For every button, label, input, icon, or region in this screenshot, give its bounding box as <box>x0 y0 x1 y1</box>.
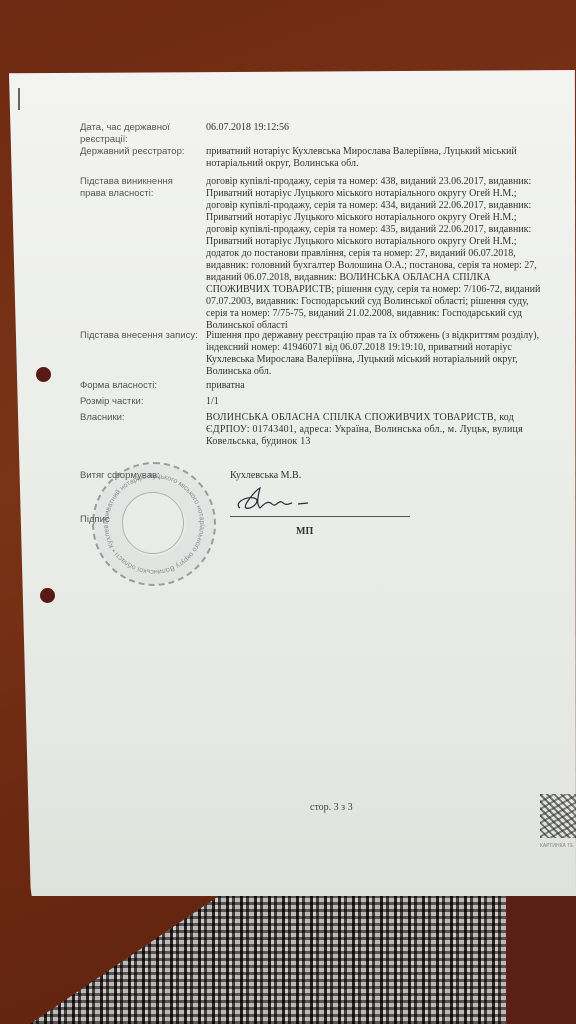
field-label: Підстава внесення запису: <box>80 330 200 342</box>
field-value: ВОЛИНСЬКА ОБЛАСНА СПІЛКА СПОЖИВЧИХ ТОВАР… <box>206 412 546 448</box>
page-number: стор. 3 з 3 <box>310 802 353 814</box>
field-label: Підстава виникнення права власності: <box>80 176 200 200</box>
qr-caption: КАРТИНКА ТЕ <box>540 840 574 852</box>
handwritten-signature-icon <box>232 486 322 516</box>
field-value: приватна <box>206 380 546 392</box>
notary-seal: Приватний нотаріус Луцького міського нот… <box>92 462 216 586</box>
field-value: 06.07.2018 19:12:56 <box>206 122 546 134</box>
registry-extract: Дата, час державної реєстрації: 06.07.20… <box>0 0 576 1024</box>
registrar-name: Кухлевська М.В. <box>230 470 570 482</box>
seal-text-ring: Приватний нотаріус Луцького міського нот… <box>94 464 214 584</box>
svg-text:Приватний нотаріус Луцького мі: Приватний нотаріус Луцького міського нот… <box>94 464 206 575</box>
field-value: Рішення про державну реєстрацію прав та … <box>206 330 546 378</box>
field-label: Державний реєстратор: <box>80 146 200 158</box>
field-label: Розмір частки: <box>80 396 200 408</box>
field-label: Власники: <box>80 412 200 424</box>
qr-code-icon <box>540 794 576 838</box>
field-value: приватний нотаріус Кухлевська Мирослава … <box>206 146 546 170</box>
signature-line <box>230 516 410 517</box>
field-value: договір купівлі-продажу, серія та номер:… <box>206 176 546 332</box>
field-value: 1/1 <box>206 396 546 408</box>
stamp-place-mark: МП <box>296 526 313 538</box>
field-label: Дата, час державної реєстрації: <box>80 122 200 146</box>
field-label: Форма власності: <box>80 380 200 392</box>
